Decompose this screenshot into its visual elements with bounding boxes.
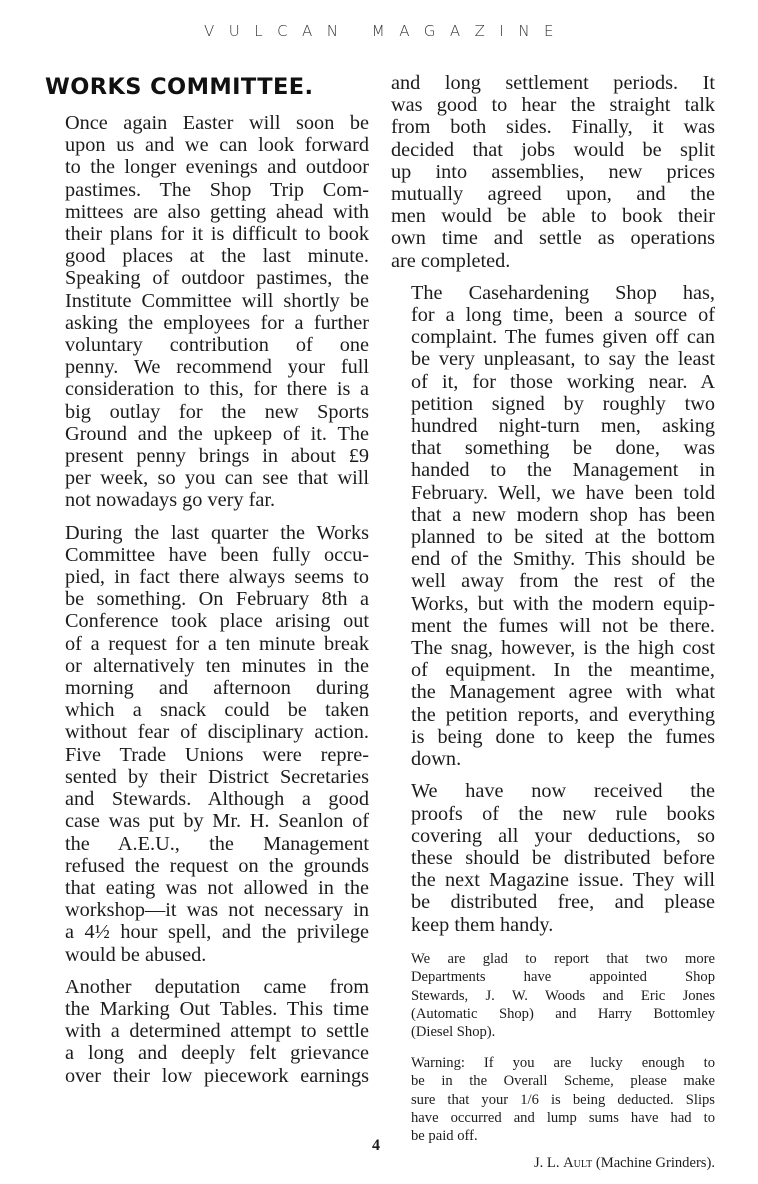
paragraph-works-committee: During the last quarter the Works Commit… <box>45 522 369 966</box>
text-line: hundred night-turn men, asking <box>391 415 715 437</box>
text-line: (Automatic Shop) and Harry Bottomley <box>391 1005 715 1023</box>
text-line: the next Magazine issue. They will <box>391 869 715 891</box>
text-line: consideration to this, for there is a <box>45 378 369 400</box>
text-line: Conference took place arising out <box>45 610 369 632</box>
text-line: that something be done, was <box>391 437 715 459</box>
text-line: Five Trade Unions were repre- <box>45 744 369 766</box>
text-line: Works, but with the modern equip- <box>391 593 715 615</box>
text-line: voluntary contribution of one <box>45 334 369 356</box>
text-line: without fear of disciplinary action. <box>45 721 369 743</box>
text-line: petition signed by roughly two <box>391 393 715 415</box>
author-initials: J. L. <box>534 1155 563 1171</box>
text-line: good places at the last minute. <box>45 245 369 267</box>
paragraph-warning: Warning: If you are lucky enough to be i… <box>391 1054 715 1146</box>
text-line: well away from the rest of the <box>391 570 715 592</box>
text-line: present penny brings in about £9 <box>45 445 369 467</box>
text-line: and long settlement periods. It <box>391 72 715 94</box>
text-line: down. <box>391 748 715 770</box>
paragraph-deputation: Another deputation came from the Marking… <box>45 976 369 1087</box>
text-line: Stewards, J. W. Woods and Eric Jones <box>391 987 715 1005</box>
text-line: We have now received the <box>391 780 715 802</box>
text-line: be distributed free, and please <box>391 891 715 913</box>
text-line: keep them handy. <box>391 914 715 936</box>
text-line: are completed. <box>391 250 715 272</box>
text-line: We are glad to report that two more <box>391 950 715 968</box>
paragraph-casehardening: The Casehardening Shop has, for a long t… <box>391 282 715 770</box>
text-line: mittees are also getting ahead with <box>45 201 369 223</box>
text-line: covering all your deductions, so <box>391 825 715 847</box>
text-line: During the last quarter the Works <box>45 522 369 544</box>
text-line: The Casehardening Shop has, <box>391 282 715 304</box>
paragraph-continued: and long settlement periods. It was good… <box>391 72 715 272</box>
text-line: February. Well, we have been told <box>391 482 715 504</box>
text-line: men would be able to book their <box>391 205 715 227</box>
text-line: (Diesel Shop). <box>391 1023 715 1041</box>
left-column: WORKS COMMITTEE. Once again Easter will … <box>45 72 369 1087</box>
text-line: planned to be sited at the bottom <box>391 526 715 548</box>
text-line: to the longer evenings and outdoor <box>45 156 369 178</box>
text-line: sure that your 1/6 is being deducted. Sl… <box>391 1091 715 1109</box>
text-line: workshop—it was not necessary in <box>45 899 369 921</box>
text-line: from both sides. Finally, it was <box>391 116 715 138</box>
right-column: and long settlement periods. It was good… <box>391 72 715 1172</box>
text-line: complaint. The fumes given off can <box>391 326 715 348</box>
author-department: (Machine Grinders). <box>592 1155 715 1171</box>
text-line: own time and settle as operations <box>391 227 715 249</box>
text-line: sented by their District Secretaries <box>45 766 369 788</box>
author-surname: Ault <box>563 1155 592 1171</box>
article-title: WORKS COMMITTEE. <box>45 74 369 100</box>
text-line: Departments have appointed Shop <box>391 968 715 986</box>
running-head: VULCAN MAGAZINE <box>0 22 758 40</box>
text-line: of a request for a ten minute break <box>45 633 369 655</box>
author-signature: J. L. Ault (Machine Grinders). <box>391 1154 715 1172</box>
text-line: for a long time, been a source of <box>391 304 715 326</box>
text-line: morning and afternoon during <box>45 677 369 699</box>
text-line: big outlay for the new Sports <box>45 401 369 423</box>
text-line: penny. We recommend your full <box>45 356 369 378</box>
text-line: Speaking of outdoor pastimes, the <box>45 267 369 289</box>
text-line: of equipment. In the meantime, <box>391 659 715 681</box>
text-line: end of the Smithy. This should be <box>391 548 715 570</box>
text-line: would be abused. <box>45 944 369 966</box>
text-line: be very unpleasant, to say the least <box>391 348 715 370</box>
text-line: that a new modern shop has been <box>391 504 715 526</box>
text-line: the A.E.U., the Management <box>45 833 369 855</box>
text-line: proofs of the new rule books <box>391 803 715 825</box>
text-line: per week, so you can see that will <box>45 467 369 489</box>
text-line: refused the request on the grounds <box>45 855 369 877</box>
text-line: Another deputation came from <box>45 976 369 998</box>
text-line: mutually agreed upon, and the <box>391 183 715 205</box>
text-line: be paid off. <box>391 1127 715 1145</box>
text-line: handed to the Management in <box>391 459 715 481</box>
text-line: of it, for those working near. A <box>391 371 715 393</box>
text-line: up into assemblies, new prices <box>391 161 715 183</box>
text-line: ment the fumes will not be there. <box>391 615 715 637</box>
text-line: is being done to keep the fumes <box>391 726 715 748</box>
text-line: be something. On February 8th a <box>45 588 369 610</box>
text-line: a long and deeply felt grievance <box>45 1042 369 1064</box>
text-line: asking the employees for a further <box>45 312 369 334</box>
text-line: their plans for it is difficult to book <box>45 223 369 245</box>
text-line: these should be distributed before <box>391 847 715 869</box>
text-line: was good to hear the straight talk <box>391 94 715 116</box>
text-line: pied, in fact there always seems to <box>45 566 369 588</box>
text-line: Committee have been fully occu- <box>45 544 369 566</box>
text-line: have occurred and lump sums have had to <box>391 1109 715 1127</box>
text-line: the petition reports, and everything <box>391 704 715 726</box>
text-line: decided that jobs would be split <box>391 139 715 161</box>
text-line: a 4½ hour spell, and the privilege <box>45 921 369 943</box>
paragraph-rule-books: We have now received the proofs of the n… <box>391 780 715 935</box>
text-line: the Management agree with what <box>391 681 715 703</box>
text-line: Once again Easter will soon be <box>45 112 369 134</box>
text-line: pastimes. The Shop Trip Com- <box>45 179 369 201</box>
text-line: which a snack could be taken <box>45 699 369 721</box>
text-line: Warning: If you are lucky enough to <box>391 1054 715 1072</box>
paragraph-shop-stewards: We are glad to report that two more Depa… <box>391 950 715 1042</box>
page-number: 4 <box>372 1137 380 1155</box>
text-line: case was put by Mr. H. Seanlon of <box>45 810 369 832</box>
text-line: Institute Committee will shortly be <box>45 290 369 312</box>
text-line: be in the Overall Scheme, please make <box>391 1072 715 1090</box>
text-line: upon us and we can look forward <box>45 134 369 156</box>
text-line: the Marking Out Tables. This time <box>45 998 369 1020</box>
text-line: Ground and the upkeep of it. The <box>45 423 369 445</box>
paragraph-easter: Once again Easter will soon be upon us a… <box>45 112 369 512</box>
text-line: or alternatively ten minutes in the <box>45 655 369 677</box>
text-line: The snag, however, is the high cost <box>391 637 715 659</box>
text-line: and Stewards. Although a good <box>45 788 369 810</box>
text-line: over their low piecework earnings <box>45 1065 369 1087</box>
text-line: with a determined attempt to settle <box>45 1020 369 1042</box>
text-line: not nowadays go very far. <box>45 489 369 511</box>
text-line: that eating was not allowed in the <box>45 877 369 899</box>
